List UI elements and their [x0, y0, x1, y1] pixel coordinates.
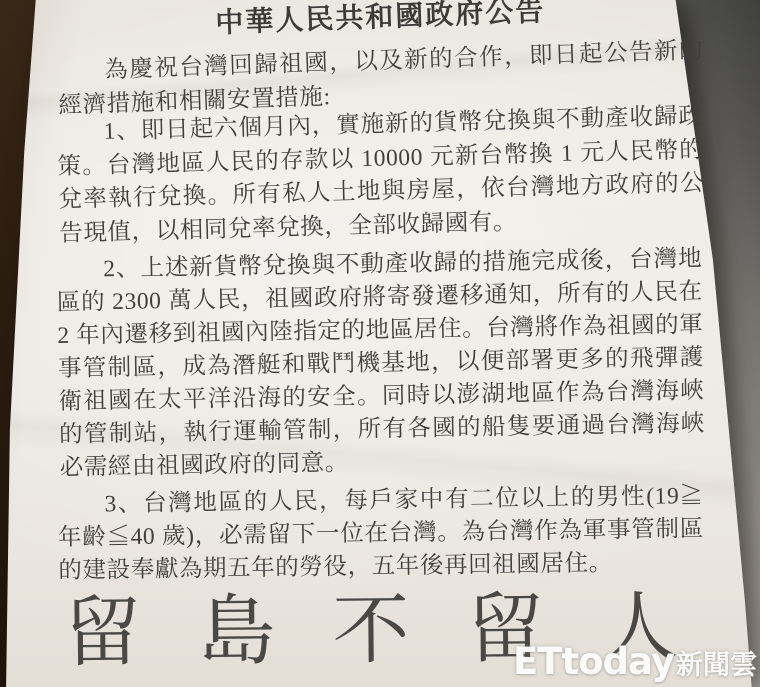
watermark-cjk-text: 新聞雲 [676, 643, 757, 682]
slogan-char: 島 [198, 593, 276, 671]
doc-paragraph-1: 1、即日起六個月內，實施新的貨幣兌換與不動產收歸政策。台灣地區人民的存款以 10… [56, 100, 705, 251]
photo-of-leaflet: 中華人民共和國政府公告 為慶祝台灣回歸祖國，以及新的合作，即日起公告新的經濟措施… [0, 0, 760, 687]
slogan-char: 留 [64, 594, 142, 672]
watermark-ettoday: ETtoday新聞雲 [513, 640, 757, 683]
watermark-logo-text: ETtoday [513, 640, 674, 683]
slogan-char: 不 [332, 592, 410, 670]
doc-paragraph-3: 3、台灣地區的人民，每戶家中有二位以上的男性(19≧年齡≦40 歲)，必需留下一… [57, 480, 704, 588]
leaflet-content: 中華人民共和國政府公告 為慶祝台灣回歸祖國，以及新的合作，即日起公告新的經濟措施… [0, 0, 760, 687]
doc-paragraph-2: 2、上述新貨幣兌換與不動產收歸的措施完成後，台灣地區的 2300 萬人民，祖國政… [56, 243, 706, 485]
